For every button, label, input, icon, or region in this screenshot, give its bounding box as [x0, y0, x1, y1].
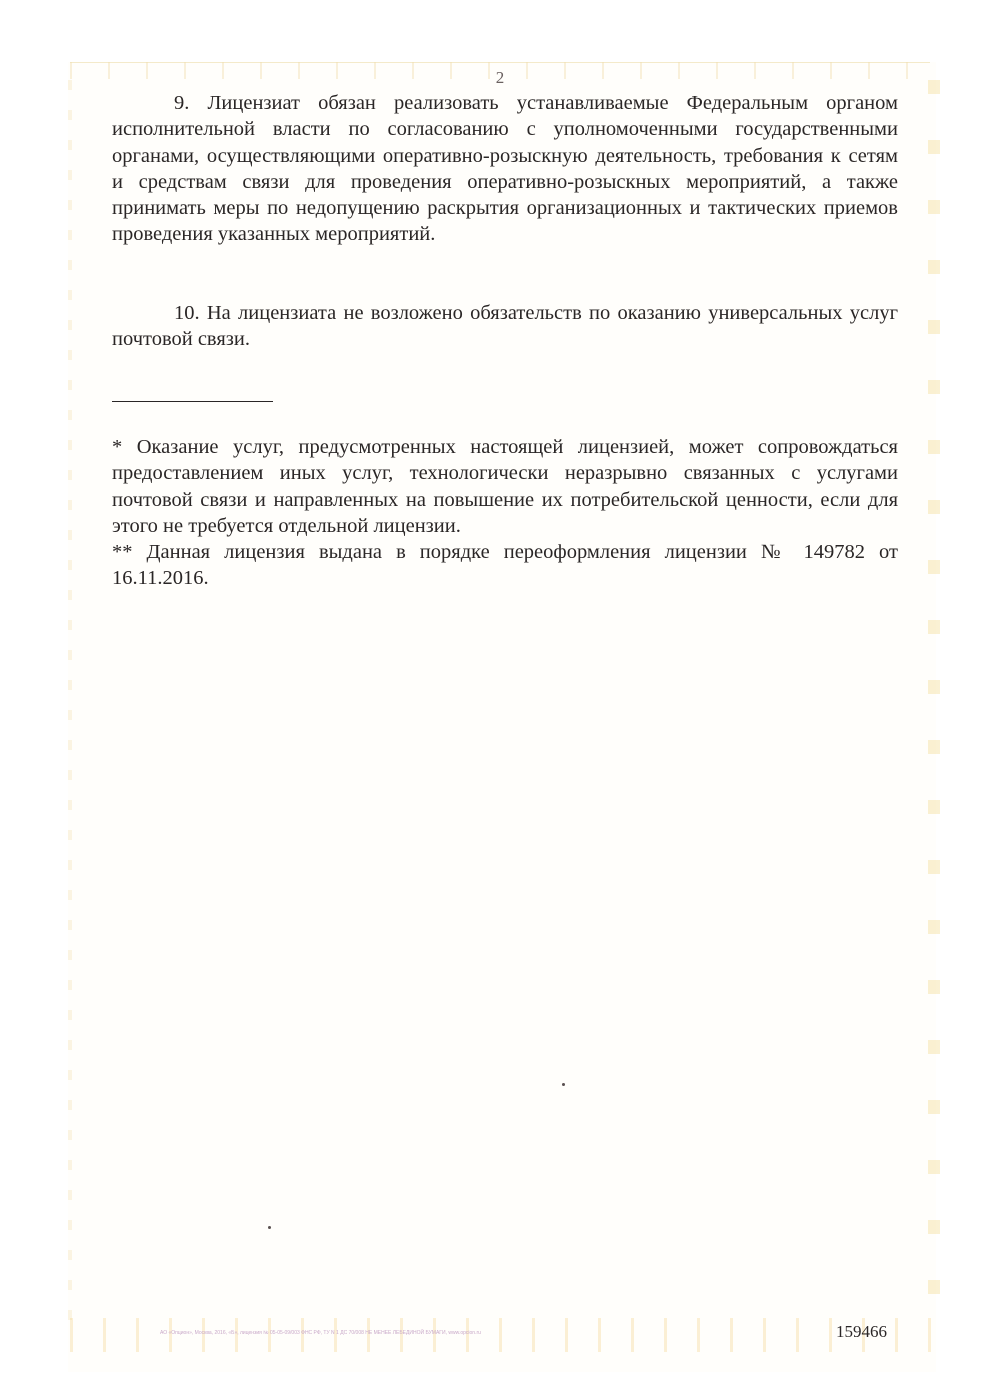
footnote-separator [112, 401, 273, 402]
footnote-1: * Оказание услуг, предусмотренных настоя… [112, 434, 898, 539]
speck [268, 1226, 271, 1229]
security-border-left [68, 80, 72, 1320]
paragraph-9: 9. Лицензиат обязан реализовать устанавл… [112, 90, 898, 248]
page-number: 2 [0, 68, 1000, 88]
speck [562, 1083, 565, 1086]
paragraph-10-text: 10. На лицензиата не возложено обязатель… [112, 300, 898, 353]
serial-number: 159466 [836, 1322, 887, 1342]
security-border-right [928, 80, 940, 1320]
footnotes: * Оказание услуг, предусмотренных настоя… [112, 434, 898, 592]
printer-imprint: АО «Опцион», Москва, 2016, «Б», лицензия… [160, 1328, 740, 1338]
paragraph-10: 10. На лицензиата не возложено обязатель… [112, 300, 898, 353]
paragraph-9-text: 9. Лицензиат обязан реализовать устанавл… [112, 90, 898, 248]
footnote-2: ** Данная лицензия выдана в порядке пере… [112, 539, 898, 592]
document-sheet [68, 62, 936, 1372]
